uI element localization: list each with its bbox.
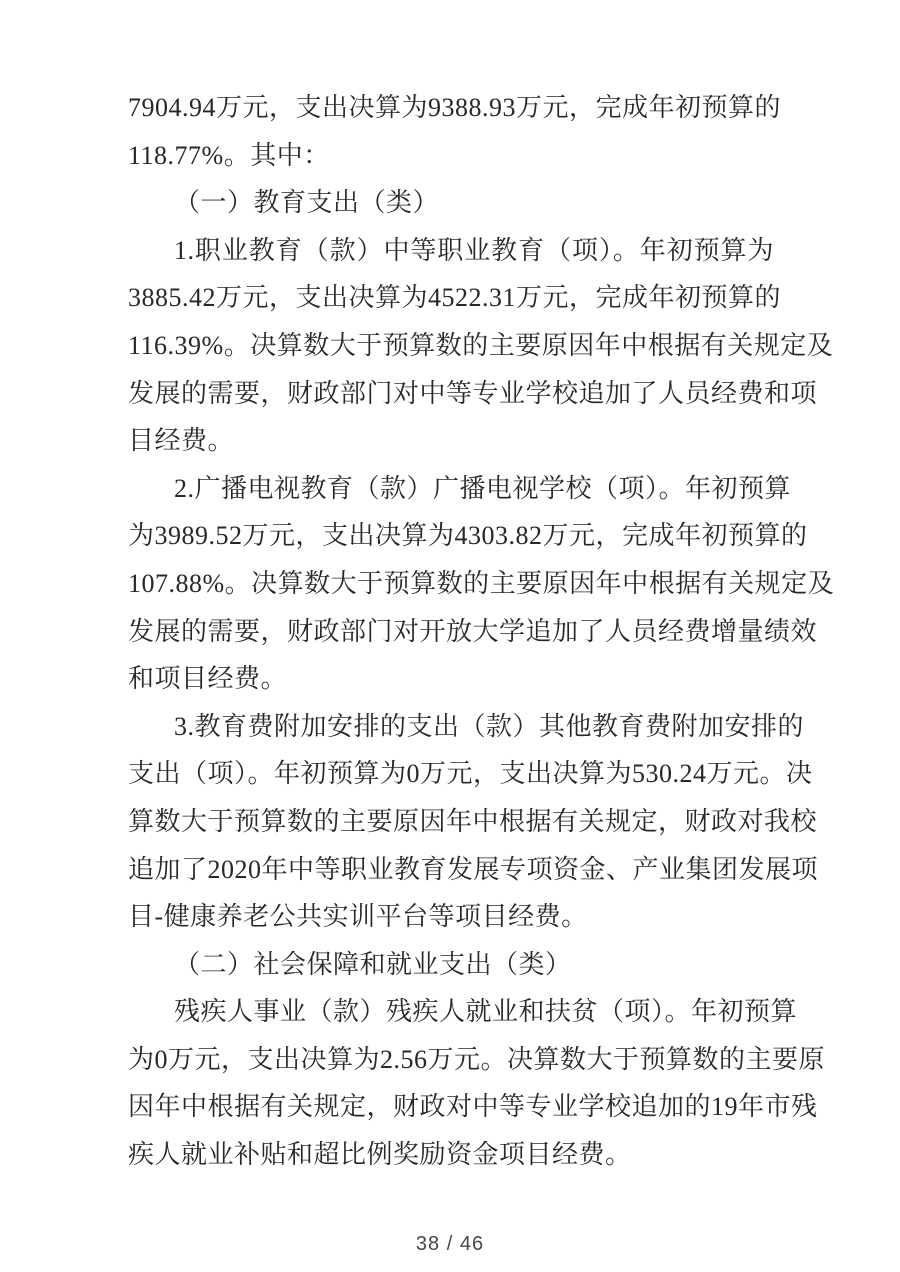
text-line: 2.广播电视教育（款）广播电视学校（项）。年初预算 xyxy=(128,465,774,513)
text-line: 目-健康养老公共实训平台等项目经费。 xyxy=(128,893,774,941)
text-line: 116.39%。决算数大于预算数的主要原因年中根据有关规定及 xyxy=(128,322,774,370)
text-line: 118.77%。其中： xyxy=(128,132,774,180)
document-body: 7904.94万元，支出决算为9388.93万元，完成年初预算的118.77%。… xyxy=(128,84,774,1179)
text-line: 残疾人事业（款）残疾人就业和扶贫（项）。年初预算 xyxy=(128,988,774,1036)
text-line: 因年中根据有关规定，财政对中等专业学校追加的19年市残 xyxy=(128,1083,774,1131)
text-line: 为0万元，支出决算为2.56万元。决算数大于预算数的主要原 xyxy=(128,1036,774,1084)
text-line: 支出（项）。年初预算为0万元，支出决算为530.24万元。决 xyxy=(128,750,774,798)
document-page: 7904.94万元，支出决算为9388.93万元，完成年初预算的118.77%。… xyxy=(0,0,900,1272)
text-line: 1.职业教育（款）中等职业教育（项）。年初预算为 xyxy=(128,227,774,275)
text-line: 疾人就业补贴和超比例奖励资金项目经费。 xyxy=(128,1131,774,1179)
text-line: 3.教育费附加安排的支出（款）其他教育费附加安排的 xyxy=(128,703,774,751)
text-line: 目经费。 xyxy=(128,417,774,465)
text-line: 算数大于预算数的主要原因年中根据有关规定，财政对我校 xyxy=(128,798,774,846)
text-line: 3885.42万元，支出决算为4522.31万元，完成年初预算的 xyxy=(128,274,774,322)
text-line: 和项目经费。 xyxy=(128,655,774,703)
page-number: 38 / 46 xyxy=(0,1233,900,1256)
text-line: 7904.94万元，支出决算为9388.93万元，完成年初预算的 xyxy=(128,84,774,132)
text-line: 为3989.52万元，支出决算为4303.82万元，完成年初预算的 xyxy=(128,512,774,560)
text-line: （二）社会保障和就业支出（类） xyxy=(128,941,774,989)
text-line: 追加了2020年中等职业教育发展专项资金、产业集团发展项 xyxy=(128,846,774,894)
text-line: 107.88%。决算数大于预算数的主要原因年中根据有关规定及 xyxy=(128,560,774,608)
text-line: 发展的需要，财政部门对中等专业学校追加了人员经费和项 xyxy=(128,370,774,418)
text-line: （一）教育支出（类） xyxy=(128,179,774,227)
text-line: 发展的需要，财政部门对开放大学追加了人员经费增量绩效 xyxy=(128,608,774,656)
